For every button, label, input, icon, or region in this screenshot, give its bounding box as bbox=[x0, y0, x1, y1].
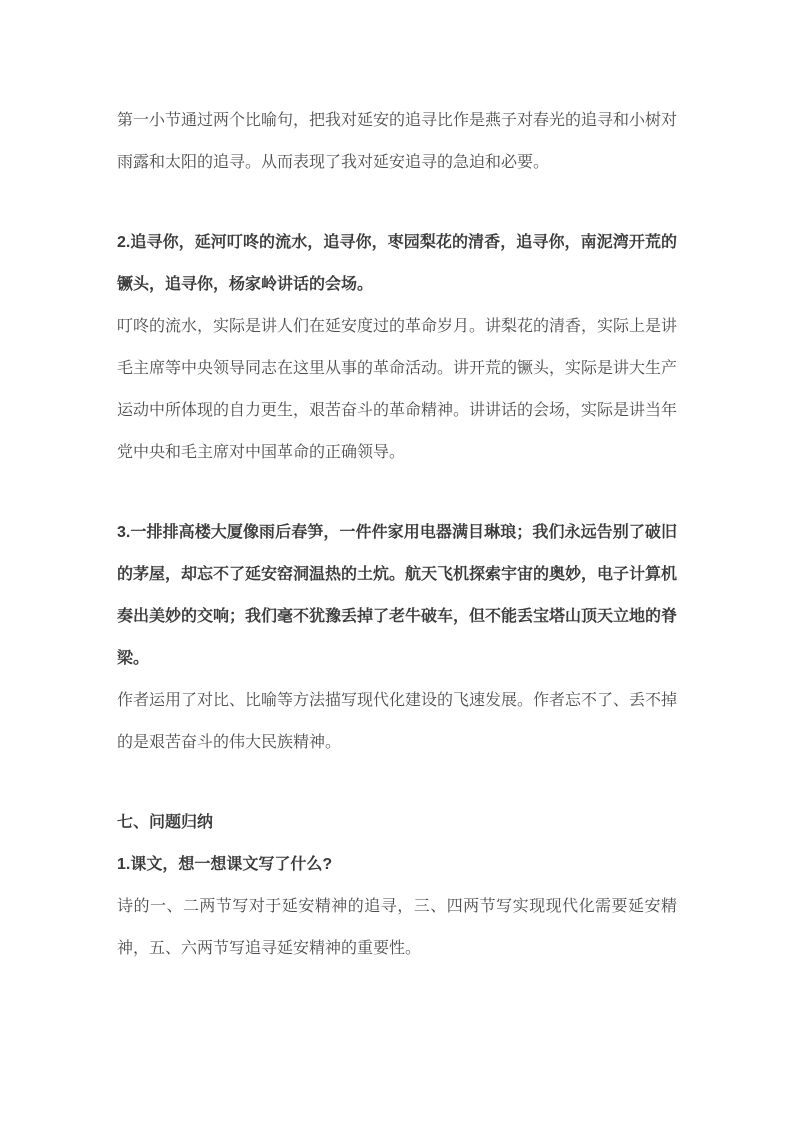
paragraph-stanza1-analysis: 第一小节通过两个比喻句，把我对延安的追寻比作是燕子对春光的追寻和小树对雨露和太阳… bbox=[117, 100, 677, 184]
document-content: 第一小节通过两个比喻句，把我对延安的追寻比作是燕子对春光的追寻和小树对雨露和太阳… bbox=[117, 100, 677, 970]
question-3-quote: 3.一排排高楼大厦像雨后春笋，一件件家用电器满目琳琅；我们永远告别了破旧的茅屋，… bbox=[117, 512, 677, 680]
question-2-answer: 叮咚的流水，实际是讲人们在延安度过的革命岁月。讲梨花的清香，实际上是讲毛主席等中… bbox=[117, 306, 677, 474]
question-2-quote: 2.追寻你，延河叮咚的流水，追寻你，枣园梨花的清香，追寻你，南泥湾开荒的镢头，追… bbox=[117, 222, 677, 306]
document-page: 第一小节通过两个比喻句，把我对延安的追寻比作是燕子对春光的追寻和小树对雨露和太阳… bbox=[0, 0, 793, 1122]
question-3-answer: 作者运用了对比、比喻等方法描写现代化建设的飞速发展。作者忘不了、丢不掉的是艰苦奋… bbox=[117, 680, 677, 764]
question-1-answer: 诗的一、二两节写对于延安精神的追寻，三、四两节写实现现代化需要延安精神，五、六两… bbox=[117, 886, 677, 970]
question-1-prompt: 1.课文，想一想课文写了什么? bbox=[117, 844, 677, 886]
section-heading-question-summary: 七、问题归纳 bbox=[117, 802, 677, 844]
